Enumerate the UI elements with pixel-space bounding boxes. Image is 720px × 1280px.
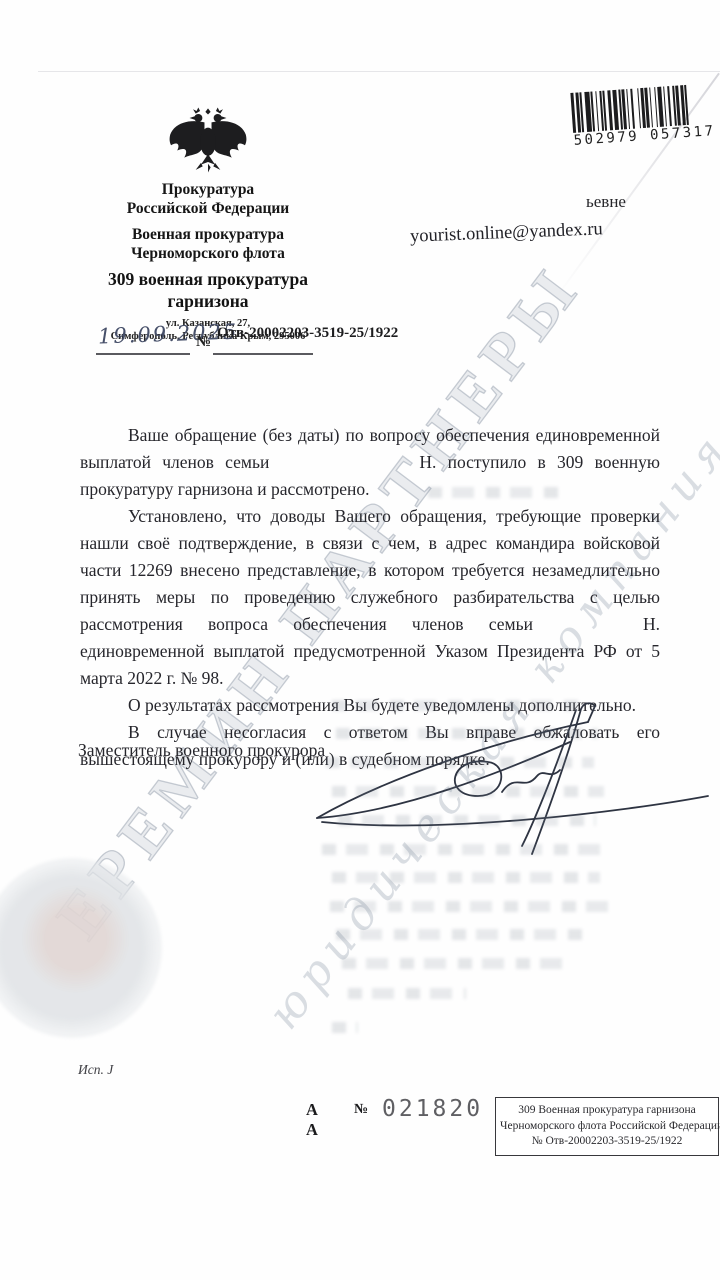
form-number-sign: № bbox=[354, 1102, 368, 1118]
stamp-line2: Черноморского флота Российской Федерации bbox=[500, 1119, 714, 1135]
number-sign: № bbox=[196, 334, 211, 351]
date-underline bbox=[96, 353, 190, 355]
org-name-line3: Военная прокуратура bbox=[63, 225, 353, 244]
bleed-through-row bbox=[326, 757, 594, 768]
letterhead: Прокуратура Российской Федерации Военная… bbox=[63, 104, 353, 343]
addressee-email: yourist.online@yandex.ru bbox=[410, 219, 603, 247]
paragraph-2: Установлено, что доводы Вашего обращения… bbox=[80, 503, 660, 692]
stamp-line1: 309 Военная прокуратура гарнизона bbox=[500, 1103, 714, 1119]
bleed-through-row bbox=[338, 815, 596, 826]
bleed-through-row bbox=[332, 786, 604, 797]
bleed-through-row bbox=[428, 487, 558, 498]
unit-name-line2: гарнизона bbox=[63, 290, 353, 312]
addressee-name-fragment: ьевне bbox=[586, 192, 626, 212]
barcode: 502979 057317 bbox=[570, 82, 720, 149]
bleed-through-row bbox=[330, 901, 608, 912]
bleed-through-row bbox=[336, 929, 592, 940]
registration-stamp: 309 Военная прокуратура гарнизона Черном… bbox=[495, 1097, 719, 1156]
org-name-line2: Российской Федерации bbox=[63, 199, 353, 218]
redacted-name-gap bbox=[533, 629, 643, 630]
form-number: 021820 bbox=[382, 1096, 483, 1122]
number-underline bbox=[213, 353, 313, 355]
bleed-through-row bbox=[322, 844, 604, 855]
bleed-through-row bbox=[348, 988, 466, 999]
executor-line: Исп. Ј bbox=[78, 1062, 113, 1078]
redacted-name-gap bbox=[269, 467, 419, 468]
date-number-row: 19.09.2025 № Отв-20002203-3519-25/1922 bbox=[96, 322, 456, 362]
coat-of-arms-icon bbox=[164, 104, 252, 176]
scan-edge-line bbox=[38, 71, 720, 72]
org-name-line4: Черноморского флота bbox=[63, 244, 353, 263]
unit-name-line1: 309 военная прокуратура bbox=[63, 268, 353, 290]
stamp-line3: № Отв-20002203-3519-25/1922 bbox=[500, 1134, 714, 1150]
bleed-through-row bbox=[332, 872, 600, 883]
outgoing-number: Отв-20002203-3519-25/1922 bbox=[217, 325, 398, 342]
handwritten-signature bbox=[292, 700, 712, 858]
bleed-through-row bbox=[332, 1022, 358, 1033]
bleed-through-row bbox=[332, 700, 582, 711]
bleed-through-row bbox=[342, 958, 568, 969]
org-name-line1: Прокуратура bbox=[63, 180, 353, 199]
scanned-letter-page: ЕРЕМИН ПАРТНЕРЫ юридическая компания 502… bbox=[0, 0, 720, 1280]
paragraph-2-text: Установлено, что доводы Вашего обращения… bbox=[80, 506, 660, 634]
signer-title: Заместитель военного прокурора bbox=[78, 740, 325, 761]
paragraph-1: Ваше обращение (без даты) по вопросу обе… bbox=[80, 422, 660, 503]
bleed-through-row bbox=[336, 728, 598, 739]
form-series: А А bbox=[306, 1100, 324, 1140]
